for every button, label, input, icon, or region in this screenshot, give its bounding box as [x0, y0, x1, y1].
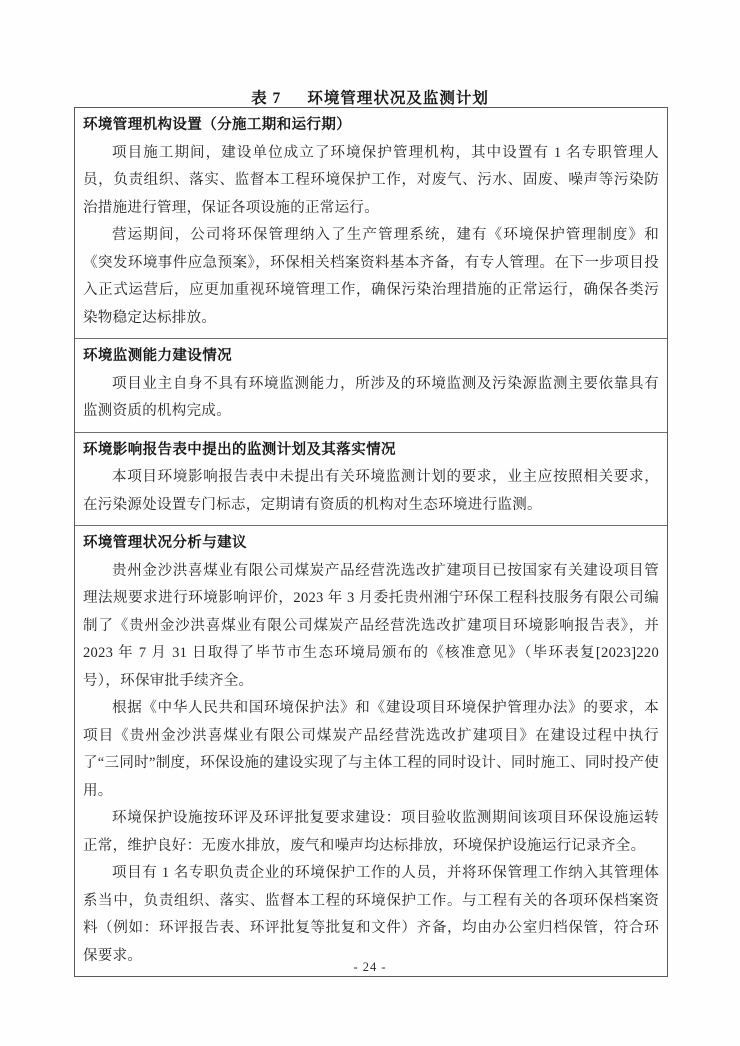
body-paragraph: 贵州金沙洪喜煤业有限公司煤炭产品经营洗选改扩建项目已按国家有关建设项目管理法规要… [83, 558, 659, 696]
section-heading: 环境监测能力建设情况 [83, 343, 659, 371]
page-number: - 24 - [0, 960, 740, 975]
table-section: 环境管理状况分析与建议贵州金沙洪喜煤业有限公司煤炭产品经营洗选改扩建项目已按国家… [75, 525, 667, 976]
table-section: 环境监测能力建设情况项目业主自身不具有环境监测能力，所涉及的环境监测及污染源监测… [75, 338, 667, 432]
document-page: 表 7环境管理状况及监测计划 环境管理机构设置（分施工期和运行期）项目施工期间，… [0, 0, 740, 1046]
environment-management-table: 环境管理机构设置（分施工期和运行期）项目施工期间，建设单位成立了环境保护管理机构… [74, 107, 668, 977]
section-heading: 环境管理机构设置（分施工期和运行期） [83, 112, 659, 140]
table-section: 环境管理机构设置（分施工期和运行期）项目施工期间，建设单位成立了环境保护管理机构… [75, 108, 667, 338]
body-paragraph: 根据《中华人民共和国环境保护法》和《建设项目环境保护管理办法》的要求，本项目《贵… [83, 695, 659, 805]
body-paragraph: 项目施工期间，建设单位成立了环境保护管理机构，其中设置有 1 名专职管理人员，负… [83, 140, 659, 223]
table-number: 表 7 [251, 90, 281, 107]
body-paragraph: 环境保护设施按环评及环评批复要求建设：项目验收监测期间该项目环保设施运转正常，维… [83, 805, 659, 860]
table-title-text: 环境管理状况及监测计划 [307, 90, 489, 107]
body-paragraph: 本项目环境影响报告表中未提出有关环境监测计划的要求，业主应按照相关要求，在污染源… [83, 464, 659, 519]
section-heading: 环境影响报告表中提出的监测计划及其落实情况 [83, 437, 659, 465]
body-paragraph: 营运期间，公司将环保管理纳入了生产管理系统，建有《环境保护管理制度》和《突发环境… [83, 222, 659, 332]
table-title: 表 7环境管理状况及监测计划 [0, 86, 740, 108]
table-section: 环境影响报告表中提出的监测计划及其落实情况本项目环境影响报告表中未提出有关环境监… [75, 432, 667, 526]
section-heading: 环境管理状况分析与建议 [83, 530, 659, 558]
body-paragraph: 项目业主自身不具有环境监测能力，所涉及的环境监测及污染源监测主要依靠具有监测资质… [83, 371, 659, 426]
body-paragraph: 项目有 1 名专职负责企业的环境保护工作的人员，并将环保管理工作纳入其管理体系当… [83, 860, 659, 970]
